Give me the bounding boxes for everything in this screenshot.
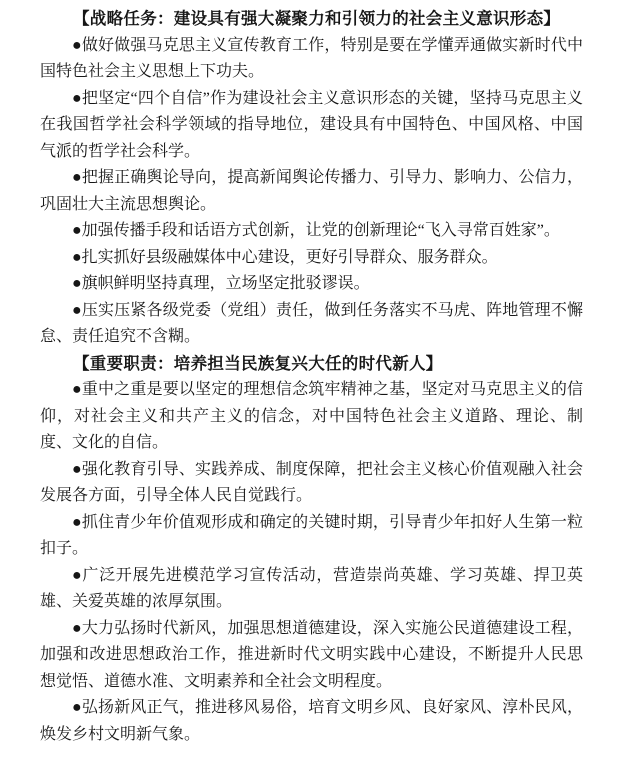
bullet-paragraph: ●加强传播手段和话语方式创新，让党的创新理论“飞入寻常百姓家”。 xyxy=(40,218,583,245)
bullet-paragraph: ●旗帜鲜明坚持真理，立场坚定批驳谬误。 xyxy=(40,271,583,298)
bullet-paragraph: ●大力弘扬时代新风，加强思想道德建设，深入实施公民道德建设工程，加强和改进思想政… xyxy=(40,616,583,696)
bullet-paragraph: ●把握正确舆论导向，提高新闻舆论传播力、引导力、影响力、公信力，巩固壮大主流思想… xyxy=(40,165,583,218)
section-heading: 【战略任务：建设具有强大凝聚力和引领力的社会主义意识形态】 xyxy=(40,6,583,33)
bullet-paragraph: ●强化教育引导、实践养成、制度保障，把社会主义核心价值观融入社会发展各方面，引导… xyxy=(40,457,583,510)
bullet-paragraph: ●压实压紧各级党委（党组）责任，做到任务落实不马虎、阵地管理不懈怠、责任追究不含… xyxy=(40,298,583,351)
bullet-paragraph: ●重中之重是要以坚定的理想信念筑牢精神之基，坚定对马克思主义的信仰，对社会主义和… xyxy=(40,377,583,457)
bullet-paragraph: ●广泛开展先进模范学习宣传活动，营造崇尚英雄、学习英雄、捍卫英雄、关爱英雄的浓厚… xyxy=(40,563,583,616)
section-heading: 【重要职责：培养担当民族复兴大任的时代新人】 xyxy=(40,351,583,378)
bullet-paragraph: ●弘扬新风正气，推进移风易俗，培育文明乡风、良好家风、淳朴民风，焕发乡村文明新气… xyxy=(40,695,583,748)
bullet-paragraph: ●扎实抓好县级融媒体中心建设，更好引导群众、服务群众。 xyxy=(40,245,583,272)
section-important-duties: 【重要职责：培养担当民族复兴大任的时代新人】 ●重中之重是要以坚定的理想信念筑牢… xyxy=(40,351,583,749)
section-strategic-tasks: 【战略任务：建设具有强大凝聚力和引领力的社会主义意识形态】 ●做好做强马克思主义… xyxy=(40,6,583,351)
bullet-paragraph: ●做好做强马克思主义宣传教育工作，特别是要在学懂弄通做实新时代中国特色社会主义思… xyxy=(40,33,583,86)
bullet-paragraph: ●把坚定“四个自信”作为建设社会主义意识形态的关键，坚持马克思主义在我国哲学社会… xyxy=(40,86,583,166)
document-page: 【战略任务：建设具有强大凝聚力和引领力的社会主义意识形态】 ●做好做强马克思主义… xyxy=(0,0,619,770)
bullet-paragraph: ●抓住青少年价值观形成和确定的关键时期，引导青少年扣好人生第一粒扣子。 xyxy=(40,510,583,563)
